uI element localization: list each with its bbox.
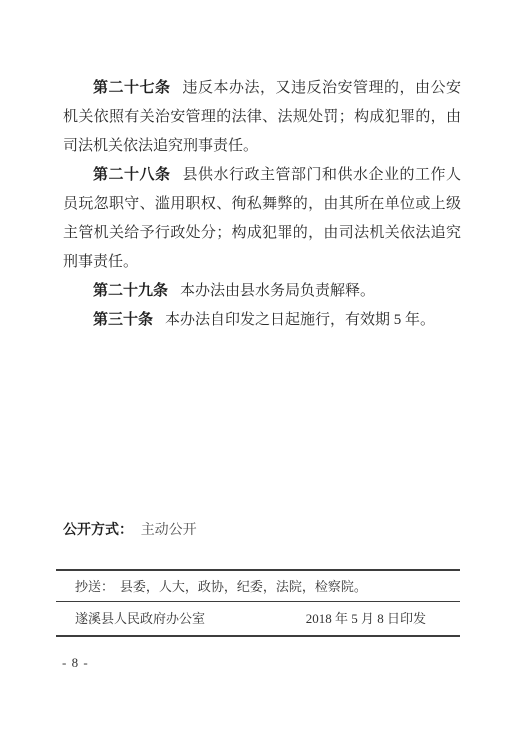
article-number: 第三十条 <box>93 312 153 328</box>
publicity-label: 公开方式： <box>63 523 133 538</box>
issuer-name: 遂溪县人民政府办公室 <box>75 610 205 627</box>
article-section: 第二十七条违反本办法，又违反治安管理的，由公安机关依照有关治安管理的法律、法规处… <box>63 74 461 335</box>
cc-list: 县委，人大，政协，纪委，法院，检察院。 <box>120 579 367 594</box>
article-number: 第二十九条 <box>93 283 168 299</box>
print-date: 2018 年 5 月 8 日印发 <box>306 610 426 627</box>
page-number: - 8 - <box>62 655 89 671</box>
article-text: 本办法由县水务局负责解释。 <box>180 283 375 299</box>
cc-row: 抄送：县委，人大，政协，纪委，法院，检察院。 <box>56 571 460 602</box>
article-number: 第二十八条 <box>93 167 171 183</box>
publicity-row: 公开方式：主动公开 <box>63 521 197 541</box>
article-paragraph: 第二十八条县供水行政主管部门和供水企业的工作人员玩忽职守、滥用职权、徇私舞弊的，… <box>63 161 461 277</box>
document-footer: 抄送：县委，人大，政协，纪委，法院，检察院。 遂溪县人民政府办公室 2018 年… <box>56 569 460 637</box>
issue-row: 遂溪县人民政府办公室 2018 年 5 月 8 日印发 <box>56 602 460 635</box>
publicity-value: 主动公开 <box>141 523 197 538</box>
article-paragraph: 第二十九条本办法由县水务局负责解释。 <box>63 277 461 306</box>
article-paragraph: 第三十条本办法自印发之日起施行，有效期 5 年。 <box>63 306 461 335</box>
article-text: 本办法自印发之日起施行，有效期 5 年。 <box>165 312 435 328</box>
document-page: 第二十七条违反本办法，又违反治安管理的，由公安机关依照有关治安管理的法律、法规处… <box>0 0 521 739</box>
article-number: 第二十七条 <box>93 80 171 96</box>
article-paragraph: 第二十七条违反本办法，又违反治安管理的，由公安机关依照有关治安管理的法律、法规处… <box>63 74 461 161</box>
cc-label: 抄送： <box>75 579 114 594</box>
